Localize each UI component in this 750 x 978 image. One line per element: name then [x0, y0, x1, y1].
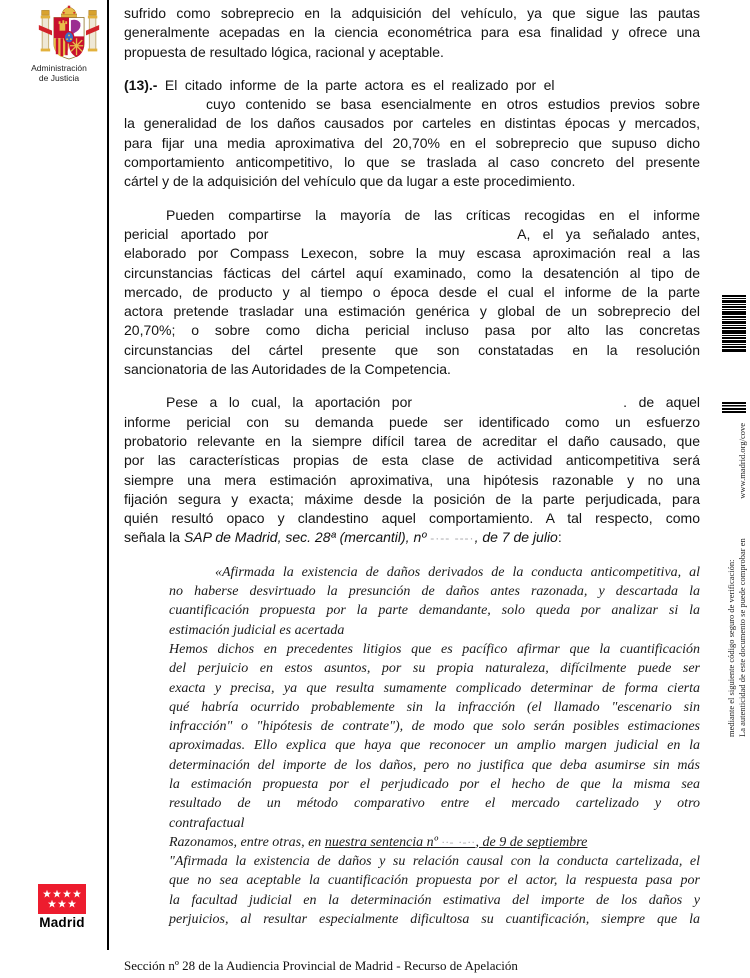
quote-line: la facultad judicial en la determinación… [169, 891, 700, 910]
text-segment: Pese a lo cual, la aportación por [166, 394, 412, 410]
right-pillar [86, 10, 99, 51]
text-line: Pese a lo cual, la aportación por . de a… [124, 393, 700, 412]
text-line: comportamiento anticompetitivo, lo que s… [124, 153, 700, 172]
quote-line: aproximadas. Ello explica que haya que r… [169, 736, 700, 755]
text-segment: La autenticidad de este documento se pue… [737, 538, 748, 737]
barcode [722, 295, 746, 352]
barcode-small [722, 402, 746, 413]
paragraph-criticas: Pueden compartirse la mayoría de las crí… [124, 206, 700, 380]
text-line: cártel y de la adquisición del vehículo … [124, 172, 700, 191]
quote-line: Razonamos, entre otras, en nuestra sente… [169, 833, 700, 852]
text-segment: El citado informe de la parte actora es … [157, 77, 554, 93]
quote-line: «Afirmada la existencia de daños derivad… [169, 563, 700, 582]
verification-note: mediante el siguiente código seguro de v… [720, 423, 748, 737]
citation-reference: , de 7 de julio [475, 529, 558, 545]
redacted-name-space [562, 89, 700, 90]
text-line: Pueden compartirse la mayoría de las crí… [124, 206, 700, 225]
text-line: probatorio relevante en la siempre difíc… [124, 432, 700, 451]
madrid-flag-icon [38, 884, 86, 914]
paragraph-continuation: sufrido como sobreprecio en la adquisici… [124, 4, 700, 62]
underlined-citation: nuestra sentencia nº ··- ·-··, de 9 de s… [325, 835, 588, 850]
royal-crown [61, 6, 76, 18]
text-line: pericial aportado por A, el ya señalado … [124, 225, 700, 244]
text-segment: señala la [124, 529, 184, 545]
text-segment: pericial aportado por [124, 226, 268, 242]
text-line: siempre una mera estimación aproximativa… [124, 471, 700, 490]
margin-divider-line [107, 0, 109, 950]
quote-line: Hemos dichos en precedentes litigios que… [169, 640, 700, 659]
text-segment: : [558, 529, 562, 545]
caption-line-2: de Justicia [12, 73, 106, 83]
spain-coat-of-arms-icon [36, 5, 102, 62]
quote-line: cuantificación propuesta por la parte de… [169, 601, 700, 620]
text-line: la generalidad de los daños causados por… [124, 114, 700, 133]
text-line: por las características propias de esta … [124, 451, 700, 470]
redacted-case-number: -·-- ---· [430, 531, 474, 545]
text-line: informe pericial con su demanda puede se… [124, 413, 700, 432]
text-line: fijación segura y exacta; máxime desde l… [124, 490, 700, 509]
text-line: elaborado por Compass Lexecon, sobre la … [124, 244, 700, 263]
text-segment: nuestra sentencia nº [325, 835, 442, 850]
text-line: (13).- El citado informe de la parte act… [124, 76, 700, 95]
madrid-logo-label: Madrid [30, 915, 94, 930]
text-line: generalmente acepadas en la ciencia econ… [124, 23, 700, 42]
text-line: actora pretende trasladar una estimación… [124, 302, 700, 321]
text-line: para fijar una media aproximativa del 20… [124, 134, 700, 153]
quote-line: no haberse desvirtuado la presunción de … [169, 582, 700, 601]
text-line: señala la SAP de Madrid, sec. 28ª (merca… [124, 528, 700, 548]
justice-administration-caption: Administración de Justicia [12, 63, 106, 83]
paragraph-number: (13).- [124, 77, 157, 93]
quote-line: determinación del importe de los daños, … [169, 756, 700, 775]
text-segment: cuyo contenido se basa esencialmente en … [206, 96, 700, 112]
verification-note-line1: La autenticidad de este documento se pue… [737, 423, 748, 737]
quote-line: estimación judicial es acertada [169, 621, 700, 640]
left-pillar [39, 10, 52, 51]
quote-line: contrafactual [169, 814, 700, 833]
quote-line: "Afirmada la existencia de daños y su re… [169, 852, 700, 871]
quote-line: la estimación propuesta por el perjudica… [169, 775, 700, 794]
text-segment: A, el ya señalado antes, [517, 226, 700, 242]
text-line: circunstancias fácticas del cártel aquí … [124, 264, 700, 283]
quote-line: infracción" o "hipótesis de contrate"), … [169, 717, 700, 736]
paragraph-13: (13).- El citado informe de la parte act… [124, 76, 700, 192]
text-line: propuesta de resultado lógica, racional … [124, 43, 700, 62]
quote-line: exacta y precisa, ya que resulta sumamen… [169, 679, 700, 698]
redacted-case-number: ··- ·-·· [442, 835, 476, 849]
quote-line: resultado de un método comparativo entre… [169, 794, 700, 813]
text-line: 20,70%; o sobre como dicha pericial incl… [124, 321, 700, 340]
text-segment: Razonamos, entre otras, en [169, 835, 325, 850]
text-segment: , de 9 de septiembre [476, 835, 588, 850]
document-body: sufrido como sobreprecio en la adquisici… [124, 4, 700, 929]
quote-line: del perjuicio en estos asuntos, por su p… [169, 659, 700, 678]
text-line: quién resultó opaco y clandestino aquel … [124, 509, 700, 528]
quote-line: que no sea aceptable la cuantificación p… [169, 871, 700, 890]
caption-line-1: Administración [12, 63, 106, 73]
text-line: circunstancias del cártel presente que s… [124, 341, 700, 360]
text-line: sancionatoria de las Autoridades de la C… [124, 360, 700, 379]
redacted-name-space [281, 238, 506, 239]
verification-note-line2: mediante el siguiente código seguro de v… [726, 423, 737, 737]
shield [54, 17, 84, 58]
quote-line: perjuicios, al resultar especialmente di… [169, 910, 700, 929]
text-line: mercado, de producto y al tiempo o época… [124, 283, 700, 302]
text-line: sufrido como sobreprecio en la adquisici… [124, 4, 700, 23]
paragraph-pese: Pese a lo cual, la aportación por . de a… [124, 393, 700, 548]
quote-line: qué habría ocurrido probablemente sin la… [169, 698, 700, 717]
text-line: cuyo contenido se basa esencialmente en … [124, 95, 700, 114]
page-footer: Sección nº 28 de la Audiencia Provincial… [124, 958, 684, 974]
citation-reference: SAP de Madrid, sec. 28ª (mercantil), nº [184, 529, 430, 545]
verification-url: www.madrid.org/cove [737, 423, 748, 499]
redacted-name-space [424, 406, 612, 407]
text-segment: . de aquel [623, 394, 700, 410]
block-quote: «Afirmada la existencia de daños derivad… [169, 563, 700, 930]
redacted-name-space [124, 108, 196, 109]
document-page: Administración de Justicia Madrid sufrid… [0, 0, 750, 978]
